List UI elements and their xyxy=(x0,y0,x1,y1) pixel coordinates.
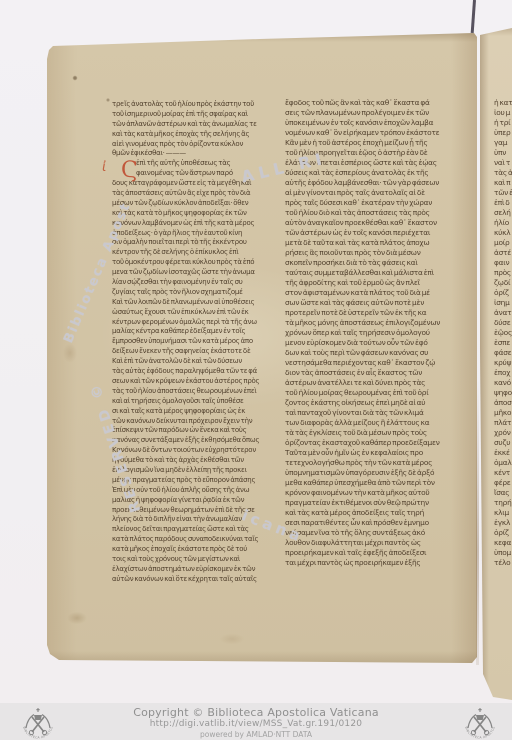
manuscript-line: τὰς ἀ xyxy=(494,168,512,178)
manuscript-line: Ἐπὶ μὲν οὖν τοῦ ἡλίου ἁπλῆς οὔσης τῆς ἀν… xyxy=(112,486,269,496)
manuscript-line: των διαφορὰς ἀλλὰ μείζους ἢ ἐλάττους κα xyxy=(285,418,464,428)
manuscript-line: τῶν ἀπλανῶν ἀστέρων καὶ τὰς ἀνωμαλίας τε xyxy=(112,120,269,130)
manuscript-line: λουθον διαφυλάττηται μέχρι παντὸς ὡς xyxy=(285,538,464,548)
manuscript-line: ζῳδί xyxy=(494,278,512,288)
manuscript-line: τὰ τὰς ἐγκλίσεις τοῦ διὰ μέσων πρὸς τοὺς xyxy=(285,428,464,438)
manuscript-line: μενα τῶν ζῳδίων ἰσοταχῶς ὥστε τὴν ἀνωμα xyxy=(112,268,269,278)
manuscript-line: μοίρ xyxy=(494,238,512,248)
manuscript-line: ζοντος ἑκάστης οἰκήσεως ἐπεὶ μηδὲ αἱ αὐ xyxy=(285,398,464,408)
manuscript-line: δείξεων ἕνεκεν τῆς σαφηνείας ἑκάστοτε δὲ xyxy=(112,347,269,357)
manuscript-line: τῶν ἐ xyxy=(494,188,512,198)
manuscript-line: μέσων τῶν ζῳδίων κύκλον ἀποδεῖξαι· ὅθεν xyxy=(112,199,269,209)
manuscript-line: καὶ αἱ τηρήσεις ὁμολογοῦσι ταῖς ὑποθέσε xyxy=(112,397,269,407)
manuscript-line: ὁρίζ xyxy=(494,528,512,538)
manuscript-line: λίαν σῴζεσθαι τὴν φαινομένην ἐν ταῖς συ xyxy=(112,278,269,288)
manuscript-line: κέντρον τῆς δὲ σελήνης ὁ ἐπίκυκλος ἐπὶ xyxy=(112,248,269,258)
manuscript-line: προειρήκαμεν καὶ ταῖς ἐφεξῆς ἀποδείξεσι xyxy=(285,548,464,558)
manuscript-line: προτερεῖν ποτὲ δὲ ὑστερεῖν τῶν ἐκ τῆς κα xyxy=(285,308,464,318)
footer-url: http://digi.vatlib.it/view/MSS_Vat.gr.19… xyxy=(0,719,512,730)
manuscript-line: ρήσεις ἃς ποιοῦνται πρὸς τὸν διὰ μέσων xyxy=(285,248,464,258)
manuscript-line: διον τὰς ἀποστάσεις ἐν αἷς ἕκαστος τῶν xyxy=(285,368,464,378)
manuscript-line: ἑῷος xyxy=(494,328,512,338)
manuscript-line: ἰου μ xyxy=(494,108,512,118)
manuscript-line: κρόνον φαινομένων τὴν κατὰ μῆκος αὐτοῦ xyxy=(285,488,464,498)
manuscript-line: ἀστέ xyxy=(494,248,512,258)
manuscript-line: ἐπιλογισμῶν ἵνα μηδὲν ἐλλείπῃ τῆς προκει xyxy=(112,466,269,476)
manuscript-line: τὰς ἀποστάσεις αὐτῶν ἃς εἶχε πρὸς τὸν δι… xyxy=(112,189,269,199)
manuscript-line: μενον εὑρίσκομεν διὰ τούτων οὖν τῶν ἐφό xyxy=(285,338,464,348)
manuscript-line: τοῦ ἡλίου προηγεῖται ἑῷος ὁ ἀστὴρ ἐὰν δὲ xyxy=(285,148,464,158)
manuscript-line: ὑποκειμένων ἐν τοῖς κανόσιν ἐποχῶν λαμβα xyxy=(285,118,464,128)
manuscript-line: Ταῦτα μὲν οὖν ἡμῖν ὡς ἐν κεφαλαίοις προ xyxy=(285,448,464,458)
manuscript-line: καὶ τὰς κατὰ τὸ μῆκος ψηφοφορίας ἐκ τῶν xyxy=(112,209,269,219)
manuscript-line: ὁρίζοντας ἑκασταχοῦ καθάπερ προεδείξαμεν xyxy=(285,438,464,448)
manuscript-line: αὐτῶν κανόνων καὶ ὅτε κέχρηται ταῖς αὐτα… xyxy=(112,575,269,585)
manuscript-line: ἐγκλ xyxy=(494,518,512,528)
manuscript-line: ὑπομνηματισμῶν ὑπαγόρευσιν ἑξῆς δὲ ἀρξό xyxy=(285,468,464,478)
manuscript-line: σι καὶ ταῖς κατὰ μέρος ψηφοφορίαις ὡς ἐκ xyxy=(112,407,269,417)
manuscript-line: κρύψ xyxy=(494,358,512,368)
rubricated-marginal-mark: ἰ xyxy=(102,160,106,175)
manuscript-line: ἀποσ xyxy=(494,398,512,408)
manuscript-line: ἡ τρί xyxy=(494,118,512,128)
manuscript-line: ὑπερ xyxy=(494,128,512,138)
footer-text: Copyright © Biblioteca Apostolica Vatica… xyxy=(0,706,512,739)
manuscript-line: ναὶ τ xyxy=(494,158,512,168)
manuscript-line: ὑπν xyxy=(494,148,512,158)
manuscript-line: ἐπίσκεψιν τῶν παρόδων ὧν ἕνεκα καὶ τοὺς xyxy=(112,426,269,436)
manuscript-line: τοῦ ἰσημερινοῦ μοίρας ἐπὶ τῆς σφαίρας κα… xyxy=(112,110,269,120)
manuscript-line: φάσε xyxy=(494,348,512,358)
manuscript-line: ἡ κατ xyxy=(494,98,512,108)
manuscript-line: καὶ τὰς κατὰ μῆκος ἐποχὰς τῆς σελήνης ἃς xyxy=(112,130,269,140)
manuscript-line: αὐτὸν ἀναγκαῖον προεκθέσθαι καθ᾽ ἕκαστον xyxy=(285,218,464,228)
manuscript-line: μένης πραγματείας πρὸς τὸ εὔπορον ἁπάσης xyxy=(112,476,269,486)
footer-powered-by: powered by AMLAD·NTT DATA xyxy=(0,730,512,739)
manuscript-line: κανόνων λαμβάνομεν ὡς ἐπὶ τῆς κατὰ μέρος xyxy=(112,219,269,229)
manuscript-line: αἱ μὲν γίνονται πρὸς ταῖς ἀνατολαῖς αἱ δ… xyxy=(285,188,464,198)
footer-copyright: Copyright © Biblioteca Apostolica Vatica… xyxy=(0,706,512,719)
manuscript-line: τηρή xyxy=(494,498,512,508)
manuscript-line: μετὰ δὲ ταῦτα καὶ τὰς κατὰ πλάτος ἀποχω xyxy=(285,238,464,248)
manuscript-line: σιν ὁμαλὴν ποιεῖται περὶ τὸ τῆς ἐκκέντρο… xyxy=(112,238,269,248)
manuscript-line: ταύταις συμμεταβάλλεσθαι καὶ μάλιστα ἐπὶ xyxy=(285,268,464,278)
manuscript-line: συζυ xyxy=(494,438,512,448)
manuscript-line: τοῦ ἡλίου διὸ καὶ τὰς ἀποστάσεις τὰς πρὸ… xyxy=(285,208,464,218)
manuscript-line: τοῦ ἡλίου μοίρας θεωρουμένας ἐπὶ τοῦ ὁρί xyxy=(285,388,464,398)
page-edge-shadow xyxy=(471,0,476,33)
vatican-library-seal-icon: BIBLIOTECA APOSTOLICA VATICANA xyxy=(18,705,58,740)
manuscript-line: στον ἀφισταμένων κατὰ πλάτος τοῦ διὰ μέ xyxy=(285,288,464,298)
manuscript-line: ὑπομ xyxy=(494,548,512,558)
manuscript-line: αὐτῆς ἐφόδου λαμβάνεσθαι· τῶν γὰρ φάσεων xyxy=(285,178,464,188)
manuscript-line: γαμ xyxy=(494,138,512,148)
manuscript-line: πραγματείαν ἐκτιθέμενοι σὺν θεῷ πρώτην xyxy=(285,498,464,508)
manuscript-line: ἴσας xyxy=(494,488,512,498)
manuscript-line: ἐλάττων ἕπεται ἑσπέριος ὥστε καὶ τὰς ἑῴα… xyxy=(285,158,464,168)
manuscript-line: Κἂν μὲν ἡ τοῦ ἀστέρος ἐποχὴ μείζων ᾖ τῆς xyxy=(285,138,464,148)
manuscript-line: Κανόνων δὲ ὄντων τοιούτων εὐχρηστότερον xyxy=(112,446,269,456)
manuscript-line: χρόν xyxy=(494,428,512,438)
manuscript-line: σεις τῶν πλανωμένων προλέγοιμεν ἐκ τῶν xyxy=(285,108,464,118)
digitized-manuscript-scan: τρϵῖς ἀνατολὰς τοῦ ἡλίου πρὸς ἑκάστην το… xyxy=(0,0,512,740)
manuscript-line: ψηφο xyxy=(494,388,512,398)
manuscript-line: πρὸς xyxy=(494,268,512,278)
manuscript-line: χρόνων ὅπερ καὶ ταῖς τηρήσεσιν ὁμολογού xyxy=(285,328,464,338)
manuscript-line: τῶν ἀστέρων ὡς ἐν τοῖς κανόσι περιέχεται xyxy=(285,228,464,238)
manuscript-line: ται μέχρι παντὸς ὡς προειρήκαμεν ἑξῆς xyxy=(285,558,464,568)
text-column-next-page: ἡ κατἰου μἡ τρίὑπεργαμὑπνναὶ ττὰς ἀκαὶ π… xyxy=(494,98,512,568)
manuscript-line: προεκτεθειμένων θεωρημάτων ἐπὶ δὲ τῆς σε xyxy=(112,506,269,516)
manuscript-line: ὁμαλ xyxy=(494,458,512,468)
manuscript-line: τοῦ ὁμοκέντρου φέρεται κύκλου πρὸς τὰ ἑπ… xyxy=(112,258,269,268)
manuscript-line: τῆς ἀφροδίτης καὶ τοῦ ἑρμοῦ ὡς ἂν πλεῖ xyxy=(285,278,464,288)
manuscript-line: κατὰ πλάτος παρόδους συναποδεικνύναι ταῖ… xyxy=(112,535,269,545)
manuscript-line: ταὶ πανταχοῦ γίνονται διὰ τὰς τῶν κλιμά xyxy=(285,408,464,418)
manuscript-line: ἡλίο xyxy=(494,218,512,228)
manuscript-line: μαλίας ἡ ψηφοφορία γίνεται ῥᾳδία ἐκ τῶν xyxy=(112,496,269,506)
manuscript-line: ἀνατ xyxy=(494,308,512,318)
manuscript-line: ἔφοδος τοῦ πῶς ἂν καὶ τὰς καθ᾽ ἕκαστα φά xyxy=(285,98,464,108)
manuscript-line: κέντρων φερομένων ὁμαλῶς περὶ τὰ τῆς ἀνω xyxy=(112,318,269,328)
manuscript-line: ἐκκέ xyxy=(494,448,512,458)
manuscript-line: λήνης διὰ τὸ διπλῆν εἶναι τὴν ἀνωμαλίαν xyxy=(112,515,269,525)
manuscript-line: κέντ xyxy=(494,468,512,478)
manuscript-line: αἰεὶ γινομένας πρὸς τὸν ὁρίζοντα κύκλον xyxy=(112,140,269,150)
manuscript-line: τῶν κανόνων δείκνυται πρόχειρον ἔχειν τὴ… xyxy=(112,417,269,427)
manuscript-line: κανό xyxy=(494,378,512,388)
manuscript-line: κατὰ μῆκος ἐποχαῖς ἑκάστοτε πρὸς δὲ τού xyxy=(112,545,269,555)
manuscript-line: πλείονος δεῖται πραγματείας ὥστε καὶ τὰς xyxy=(112,525,269,535)
manuscript-line: μῆκο xyxy=(494,408,512,418)
rubricated-initial: Ϛ xyxy=(121,158,138,184)
manuscript-line: πλάτ xyxy=(494,418,512,428)
manuscript-line: μεθα καθάπερ ὑπεσχήμεθα ἀπὸ τῶν περὶ τὸν xyxy=(285,478,464,488)
manuscript-line: τὰς αὐτὰς ἐφόδους παραληψόμεθα τῶν τε φά xyxy=(112,367,269,377)
manuscript-line: ἰσημ xyxy=(494,298,512,308)
manuscript-line: σελή xyxy=(494,208,512,218)
manuscript-line: ἐλαχίστων ἀποστημάτων εὑρίσκομεν ἐκ τῶν xyxy=(112,565,269,575)
manuscript-line: ἔμπροσθεν ὑπομνήμασι τῶν κατὰ μέρος ἀπο xyxy=(112,337,269,347)
manuscript-line: τὰ μῆκος μόνης ἀποστάσεως ἐπιλογιζομένων xyxy=(285,318,464,328)
manuscript-line: τοις καὶ τοὺς χρόνους τῶν μεγίστων καὶ xyxy=(112,555,269,565)
vatican-library-seal-icon: BIBLIOTECA APOSTOLICA VATICANA xyxy=(460,705,500,740)
text-column-right: ἔφοδος τοῦ πῶς ἂν καὶ τὰς καθ᾽ ἕκαστα φά… xyxy=(285,98,464,568)
manuscript-line: ἀστέρων ἀνατέλλει τε καὶ δύνει πρὸς τὰς xyxy=(285,378,464,388)
manuscript-line: ζυγίαις ταῖς πρὸς τὸν ἥλιον σχηματιζομέ xyxy=(112,288,269,298)
manuscript-line: ἐποχ xyxy=(494,368,512,378)
manuscript-line: δύσεις καὶ τὰς ἑσπερίους ἀνατολὰς ἐκ τῆς xyxy=(285,168,464,178)
manuscript-line: ἑσπε xyxy=(494,338,512,348)
manuscript-line: τρϵῖς ἀνατολὰς τοῦ ἡλίου πρὸς ἑκάστην το… xyxy=(112,100,269,110)
manuscript-line: νομένων καθ᾽ ὃν εἰρήκαμεν τρόπον ἑκάστοτ… xyxy=(285,128,464,138)
manuscript-line: κύκλ xyxy=(494,228,512,238)
manuscript-line: κεφα xyxy=(494,538,512,548)
manuscript-line: νεύσαμεν ἵνα τὸ τῆς ὅλης συντάξεως ἀκό xyxy=(285,528,464,538)
manuscript-line: ὁρίζ xyxy=(494,288,512,298)
manuscript-line: σκοπεῖν προσήκει διὰ τὸ τὰς φάσεις καὶ xyxy=(285,258,464,268)
manuscript-line: κανόνας συνετάξαμεν ἑξῆς ἐκθησόμεθα ὅπως xyxy=(112,436,269,446)
manuscript-line: νεστησάμεθα περιέχοντας καθ᾽ ἕκαστον ζῴ xyxy=(285,358,464,368)
manuscript-line: τετεχνολογήσθω πρὸς τὴν τῶν κατὰ μέρος xyxy=(285,458,464,468)
manuscript-line: ἡγούμεθα τὸ καὶ τὰς ἀρχὰς ἐκθέσθαι τῶν xyxy=(112,456,269,466)
manuscript-line: φαιν xyxy=(494,258,512,268)
manuscript-line: τέλο xyxy=(494,558,512,568)
manuscript-line: μαλίας κέντρα καθάπερ ἐδείξαμεν ἐν τοῖς xyxy=(112,327,269,337)
manuscript-line: ἀποδείξεως· ὁ γὰρ ἥλιος τὴν ἑαυτοῦ κίνη xyxy=(112,229,269,239)
manuscript-line: σεσι παρατιθέντες ὧν καὶ πρόσθεν ἐμνημο xyxy=(285,518,464,528)
manuscript-line: σων ὥστε καὶ τὰς φάσεις αὐτῶν ποτὲ μὲν xyxy=(285,298,464,308)
manuscript-line: δων καὶ τοὺς περὶ τῶν φάσεων κανόνας συ xyxy=(285,348,464,358)
footer-bar: Copyright © Biblioteca Apostolica Vatica… xyxy=(0,703,512,740)
manuscript-line: καὶ π xyxy=(494,178,512,188)
manuscript-line: φέρε xyxy=(494,478,512,488)
manuscript-line: Καὶ τῶν λοιπῶν δὲ πλανωμένων αἱ ὑποθέσει… xyxy=(112,298,269,308)
manuscript-line: ἐπὶ δ xyxy=(494,198,512,208)
manuscript-line: τὰς τοῦ ἡλίου ἀποστάσεις θεωρουμένων ἐπε… xyxy=(112,387,269,397)
manuscript-line: Καὶ ἐπὶ τῶν ἀνατολῶν δὲ καὶ τῶν δύσεων xyxy=(112,357,269,367)
manuscript-line: καὶ τὰς κατὰ μέρος ἀποδείξεις ταῖς τηρή xyxy=(285,508,464,518)
manuscript-line: ὡσαύτως ἔχουσι τῶν ἐπικύκλων ἐπὶ τῶν ἐκ xyxy=(112,308,269,318)
manuscript-line: πρὸς ταῖς δύσεσι καθ᾽ ἑκατέραν τὴν χώραν xyxy=(285,198,464,208)
manuscript-line: δύσε xyxy=(494,318,512,328)
manuscript-line: κλιμ xyxy=(494,508,512,518)
page-gap-shadow xyxy=(476,380,479,665)
manuscript-line: σεων καὶ τῶν κρύψεων ἑκάστου ἀστέρος πρὸ… xyxy=(112,377,269,387)
